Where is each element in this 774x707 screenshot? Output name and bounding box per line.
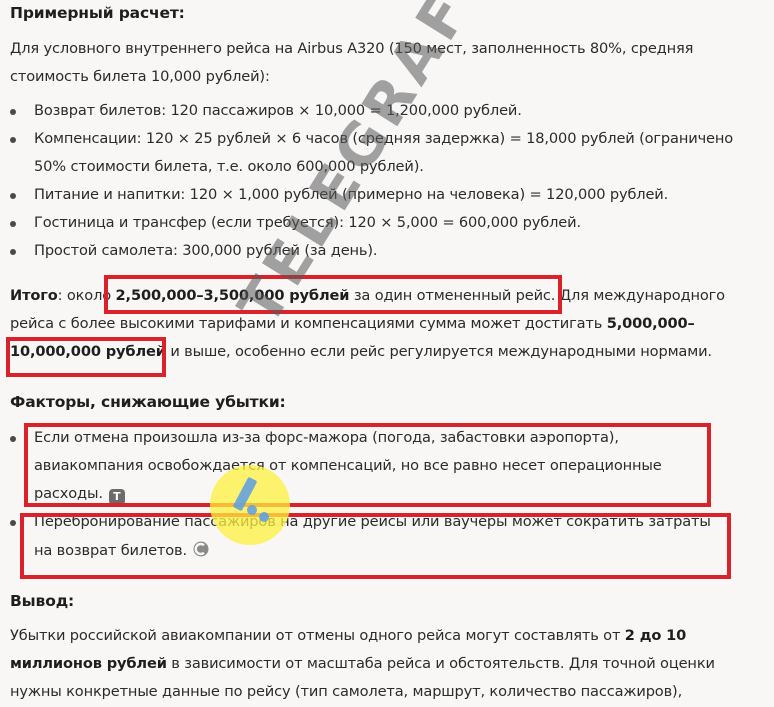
intro-text-line-1: Для условного внутреннего рейса на Airbu… (10, 40, 693, 57)
bullet-dot (10, 109, 16, 115)
source-citation-icon[interactable]: T (109, 489, 125, 505)
conclusion-range-start: 2 до 10 (625, 627, 686, 644)
intl-range-start: 5,000,000– (607, 315, 695, 332)
total-label: Итого (10, 287, 58, 304)
list-item: Перебронирование пассажиров на другие ре… (34, 513, 711, 530)
bullet-dot (10, 436, 16, 442)
conclusion-range-end: миллионов рублей (10, 655, 167, 672)
list-item-continued: на возврат билетов. (34, 541, 209, 559)
conclusion-text: в зависимости от масштаба рейса и обстоя… (167, 655, 715, 672)
conclusion-line-1: Убытки российской авиакомпании от отмены… (10, 627, 686, 644)
list-item: Возврат билетов: 120 пассажиров × 10,000… (34, 102, 522, 119)
conclusion-line-3: нужны конкретные данные по рейсу (тип са… (10, 683, 682, 700)
intro-text-line-2: стоимость билета 10,000 рублей): (10, 68, 270, 85)
list-item-tail: расходы. (34, 485, 103, 502)
heading-loss-reducing-factors: Факторы, снижающие убытки: (10, 393, 286, 411)
list-item-tail: на возврат билетов. (34, 542, 187, 559)
bullet-dot (10, 137, 16, 143)
bullet-dot (10, 193, 16, 199)
cursor-highlight (210, 465, 290, 545)
heading-conclusion: Вывод: (10, 592, 74, 610)
bullet-dot (10, 520, 16, 526)
total-line-3: 10,000,000 рублей и выше, особенно если … (10, 343, 712, 360)
total-line1-tail: Для международного (555, 287, 725, 304)
bullet-dot (10, 221, 16, 227)
intl-range-end: 10,000,000 рублей (10, 343, 166, 360)
total-line-2: рейса с более высокими тарифами и компен… (10, 315, 695, 332)
heading-example-calculation: Примерный расчет: (10, 4, 185, 22)
total-line2-text: рейса с более высокими тарифами и компен… (10, 315, 607, 332)
list-item-continued: расходы.T (34, 485, 125, 505)
total-line3-text: и выше, особенно если рейс регулируется … (166, 343, 712, 360)
total-prefix: : около (58, 287, 116, 304)
total-line-1: Итого: около 2,500,000–3,500,000 рублей … (10, 287, 725, 304)
list-item: Если отмена произошла из-за форс-мажора … (34, 429, 619, 446)
conclusion-line-2: миллионов рублей в зависимости от масшта… (10, 655, 715, 672)
conclusion-text: Убытки российской авиакомпании от отмены… (10, 627, 625, 644)
telegraf-logo-icon (210, 465, 290, 545)
bullet-dot (10, 249, 16, 255)
source-citation-icon[interactable] (193, 541, 209, 557)
total-range-after: за один отмененный рейс. (349, 287, 555, 304)
list-item-continued: авиакомпания освобождается от компенсаци… (34, 457, 662, 474)
